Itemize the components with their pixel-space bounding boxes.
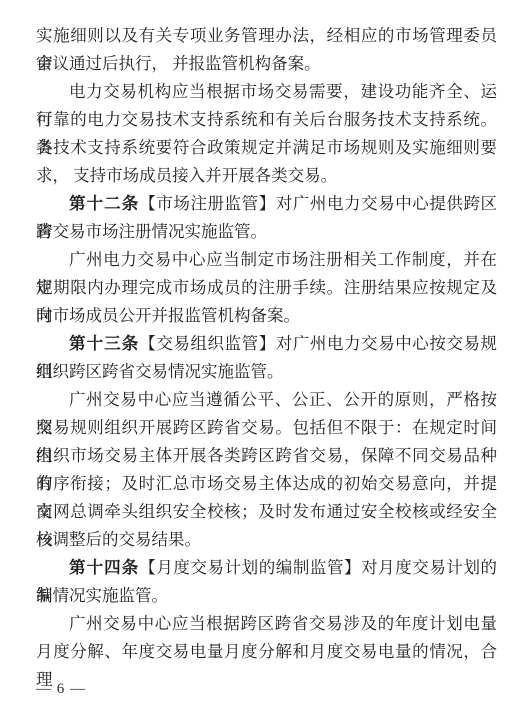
text-line: 类技术支持系统要符合政策规定并满足市场规则及实施细则要 xyxy=(36,134,497,162)
text-line: 月度分解、年度交易电量月度分解和月度交易电量的情况，合理 xyxy=(36,638,497,666)
text-segment: 类技术支持系统要符合政策规定并满足市场规则及实施细则要 xyxy=(36,138,497,157)
text-segment: 制情况实施监管。 xyxy=(36,586,168,605)
text-line: 广州电力交易中心应当制定市场注册相关工作制度，并在规 xyxy=(36,246,497,274)
text-line: 向市场成员公开并报监管机构备案。 xyxy=(36,302,497,330)
text-line: 广州交易中心应当遵循公平、公正、公开的原则，严格按照 xyxy=(36,386,497,414)
page-number: — 6 — xyxy=(36,681,86,698)
text-line: 组织市场交易主体开展各类跨区跨省交易，保障不同交易品种的 xyxy=(36,442,497,470)
text-segment: 核调整后的交易结果。 xyxy=(36,530,201,549)
text-line: 实施细则以及有关专项业务管理办法，经相应的市场管理委员会 xyxy=(36,22,497,50)
text-line: 可靠的电力交易技术支持系统和有关后台服务技术支持系统。各 xyxy=(36,106,497,134)
text-line: 制情况实施监管。 xyxy=(36,582,497,610)
article-number: 第十三条 xyxy=(69,335,139,353)
text-line: 有序衔接；及时汇总市场交易主体达成的初始交易意向，并提交 xyxy=(36,470,497,498)
text-line: 定期限内办理完成市场成员的注册手续。注册结果应按规定及时 xyxy=(36,274,497,302)
text-line: 核调整后的交易结果。 xyxy=(36,526,497,554)
text-line: 审议通过后执行， 并报监管机构备案。 xyxy=(36,50,497,78)
document-body: 实施细则以及有关专项业务管理办法，经相应的市场管理委员会审议通过后执行， 并报监… xyxy=(36,22,497,666)
text-segment: 省交易市场注册情况实施监管。 xyxy=(36,222,267,241)
text-segment: 向市场成员公开并报监管机构备案。 xyxy=(36,306,300,325)
text-segment: 组织跨区跨省交易情况实施监管。 xyxy=(36,362,284,381)
text-line: 第十三条【交易组织监管】对广州电力交易中心按交易规则 xyxy=(36,330,497,358)
text-segment: 审议通过后执行， 并报监管机构备案。 xyxy=(36,54,321,73)
text-segment: 广州交易中心应当根据跨区跨省交易涉及的年度计划电量 xyxy=(69,614,497,633)
text-line: 省交易市场注册情况实施监管。 xyxy=(36,218,497,246)
text-line: 电力交易机构应当根据市场交易需要，建设功能齐全、运行 xyxy=(36,78,497,106)
text-segment: 求， 支持市场成员接入并开展各类交易。 xyxy=(36,166,337,185)
text-line: 第十二条【市场注册监管】对广州电力交易中心提供跨区跨 xyxy=(36,190,497,218)
text-line: 交易规则组织开展跨区跨省交易。包括但不限于：在规定时间内 xyxy=(36,414,497,442)
text-line: 广州交易中心应当根据跨区跨省交易涉及的年度计划电量 xyxy=(36,610,497,638)
text-line: 南网总调牵头组织安全校核；及时发布通过安全校核或经安全校 xyxy=(36,498,497,526)
article-number: 第十四条 xyxy=(69,559,139,577)
article-number: 第十二条 xyxy=(69,195,139,213)
text-segment: 月度分解、年度交易电量月度分解和月度交易电量的情况，合理 xyxy=(36,642,497,689)
text-line: 求， 支持市场成员接入并开展各类交易。 xyxy=(36,162,497,190)
text-line: 第十四条【月度交易计划的编制监管】对月度交易计划的编 xyxy=(36,554,497,582)
text-line: 组织跨区跨省交易情况实施监管。 xyxy=(36,358,497,386)
document-page: 实施细则以及有关专项业务管理办法，经相应的市场管理委员会审议通过后执行， 并报监… xyxy=(0,0,532,716)
